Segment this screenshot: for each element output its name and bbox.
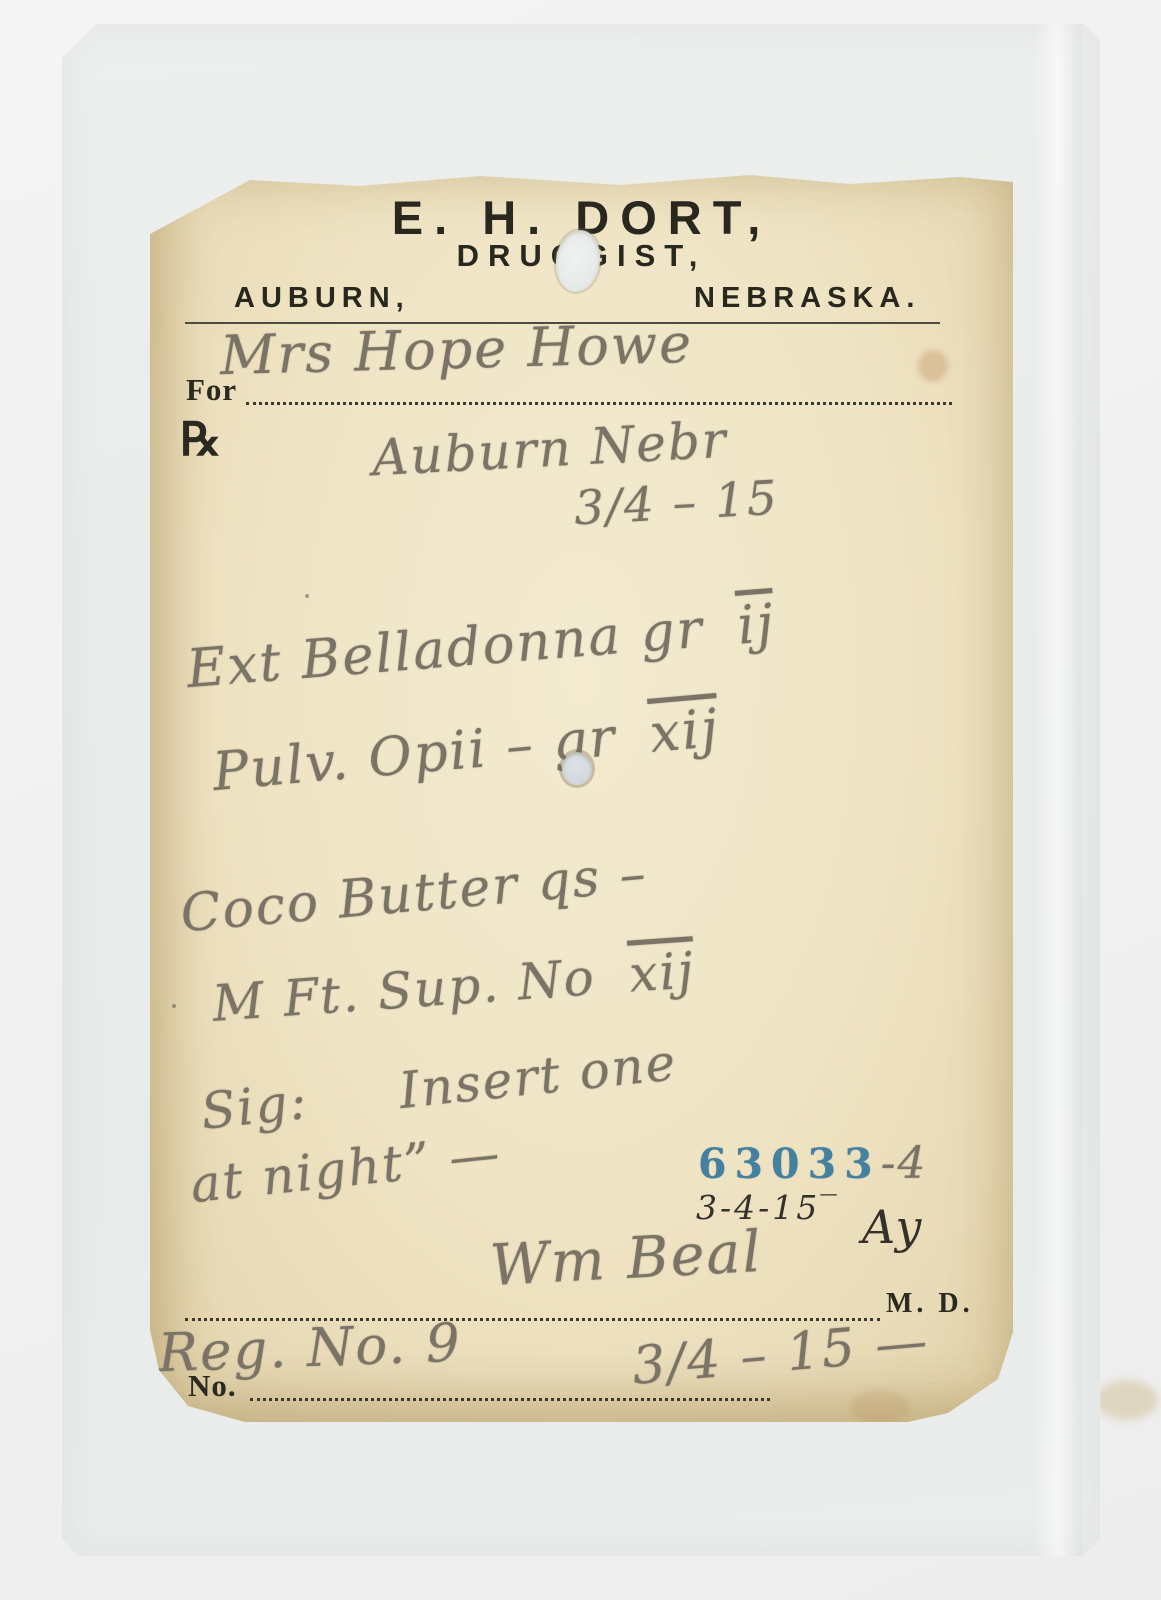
patient-name-handwriting: Mrs Hope Howe [219,312,694,387]
rx-line-1: Ext Belladonna grij [185,593,778,700]
rx-line-4-qty: xij [627,941,697,1003]
stamp-number: 63033 [698,1140,881,1188]
date-handwriting: 3/4 – 15 [573,471,780,537]
paper-stain-bottom [850,1390,910,1424]
prescription-number-stamp: 63033-4 [698,1138,928,1189]
rx-line-2: Pulv. Opii – grxij [210,698,722,803]
no-dotted-line [250,1398,770,1401]
rx-line-1-text: Ext Belladonna gr [185,599,707,700]
rx-line-3: Coco Butter qs – [178,844,650,945]
sig-text: Insert one [396,1033,680,1120]
state-label: NEBRASKA. [694,282,920,315]
sig-label: Sig: [198,1072,311,1141]
hole-punch-middle [562,752,592,785]
rx-line-4: M Ft. Sup. Noxij [211,941,697,1033]
doctor-signature: Wm Beal [488,1219,764,1299]
spacer [705,644,739,647]
for-dotted-line [246,402,952,405]
rx-line-4-text: M Ft. Sup. No [211,948,598,1033]
rx-symbol-icon: ℞ [180,412,221,466]
paper-stain-right [918,350,948,382]
sleeve-sheen [1034,24,1082,1556]
no-label: No. [188,1368,237,1404]
bottom-date-handwriting: 3/4 – 15 — [630,1311,932,1397]
rx-line-2-qty: xij [647,698,721,765]
stamp-suffix-pencil: -4 [881,1138,928,1189]
plastic-sleeve: E. H. DORT, DRUGGIST, AUBURN, NEBRASKA. … [62,24,1100,1556]
dust-speck [305,594,309,598]
spacer [310,1108,401,1118]
rx-line-1-qty: ij [735,593,777,657]
photo-background: E. H. DORT, DRUGGIST, AUBURN, NEBRASKA. … [0,0,1161,1600]
dust-speck [172,1004,176,1008]
ink-initials: Ay [862,1200,923,1254]
spacer [597,992,631,994]
background-stain [1096,1380,1158,1420]
prescription-paper: E. H. DORT, DRUGGIST, AUBURN, NEBRASKA. … [150,172,1013,1422]
sig-line: Sig:Insert one [198,1033,680,1141]
city-label: AUBURN, [234,282,410,315]
rx-line-2-text: Pulv. Opii – gr [210,707,619,803]
spacer [618,752,652,755]
